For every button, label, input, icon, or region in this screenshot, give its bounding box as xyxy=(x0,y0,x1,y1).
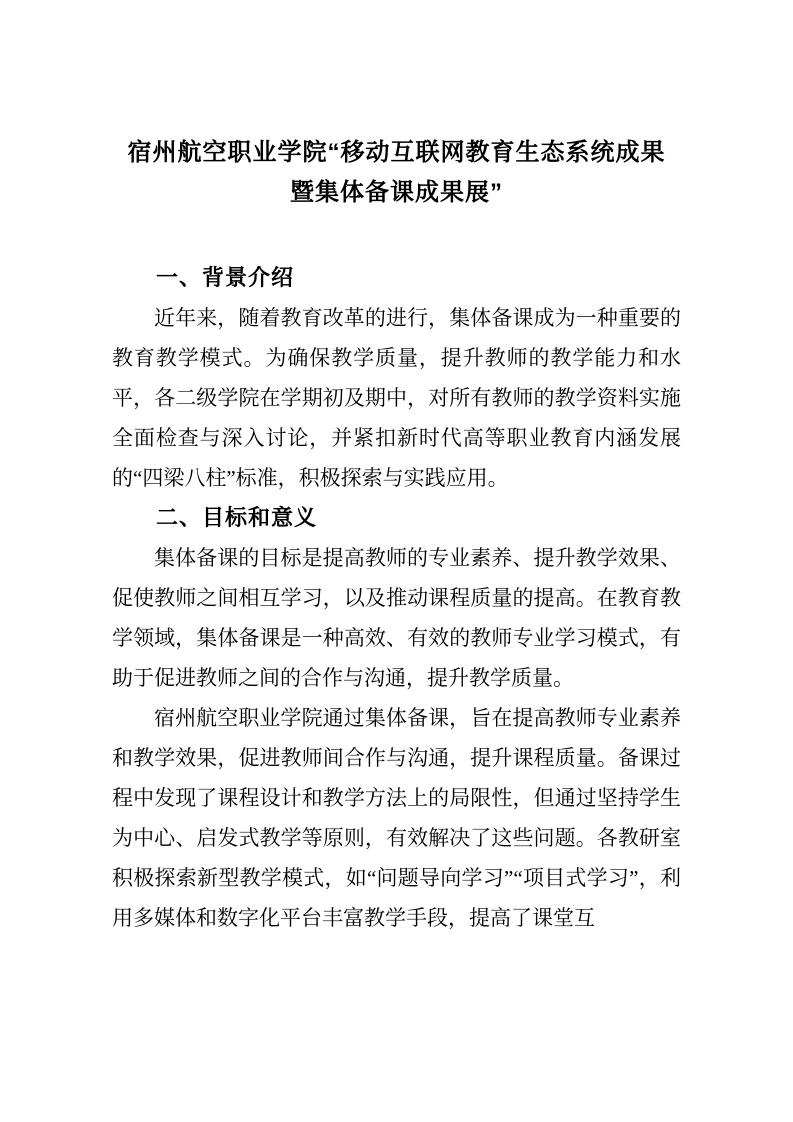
document-page: 宿州航空职业学院“移动互联网教育生态系统成果 暨集体备课成果展” 一、背景介绍 … xyxy=(0,0,793,1122)
section-2-paragraph-1: 集体备课的目标是提高教师的专业素养、提升教学效果、促使教师之间相互学习，以及推动… xyxy=(112,538,681,698)
document-title-line-1: 宿州航空职业学院“移动互联网教育生态系统成果 xyxy=(112,133,681,173)
section-2-paragraph-2: 宿州航空职业学院通过集体备课，旨在提高教师专业素养和教学效果，促进教师间合作与沟… xyxy=(112,698,681,938)
section-1-heading: 一、背景介绍 xyxy=(112,258,681,298)
section-1-paragraph-1: 近年来，随着教育改革的进行，集体备课成为一种重要的教育教学模式。为确保教学质量，… xyxy=(112,298,681,498)
document-title: 宿州航空职业学院“移动互联网教育生态系统成果 暨集体备课成果展” xyxy=(112,133,681,213)
section-2-heading: 二、目标和意义 xyxy=(112,498,681,538)
document-title-line-2: 暨集体备课成果展” xyxy=(112,173,681,213)
